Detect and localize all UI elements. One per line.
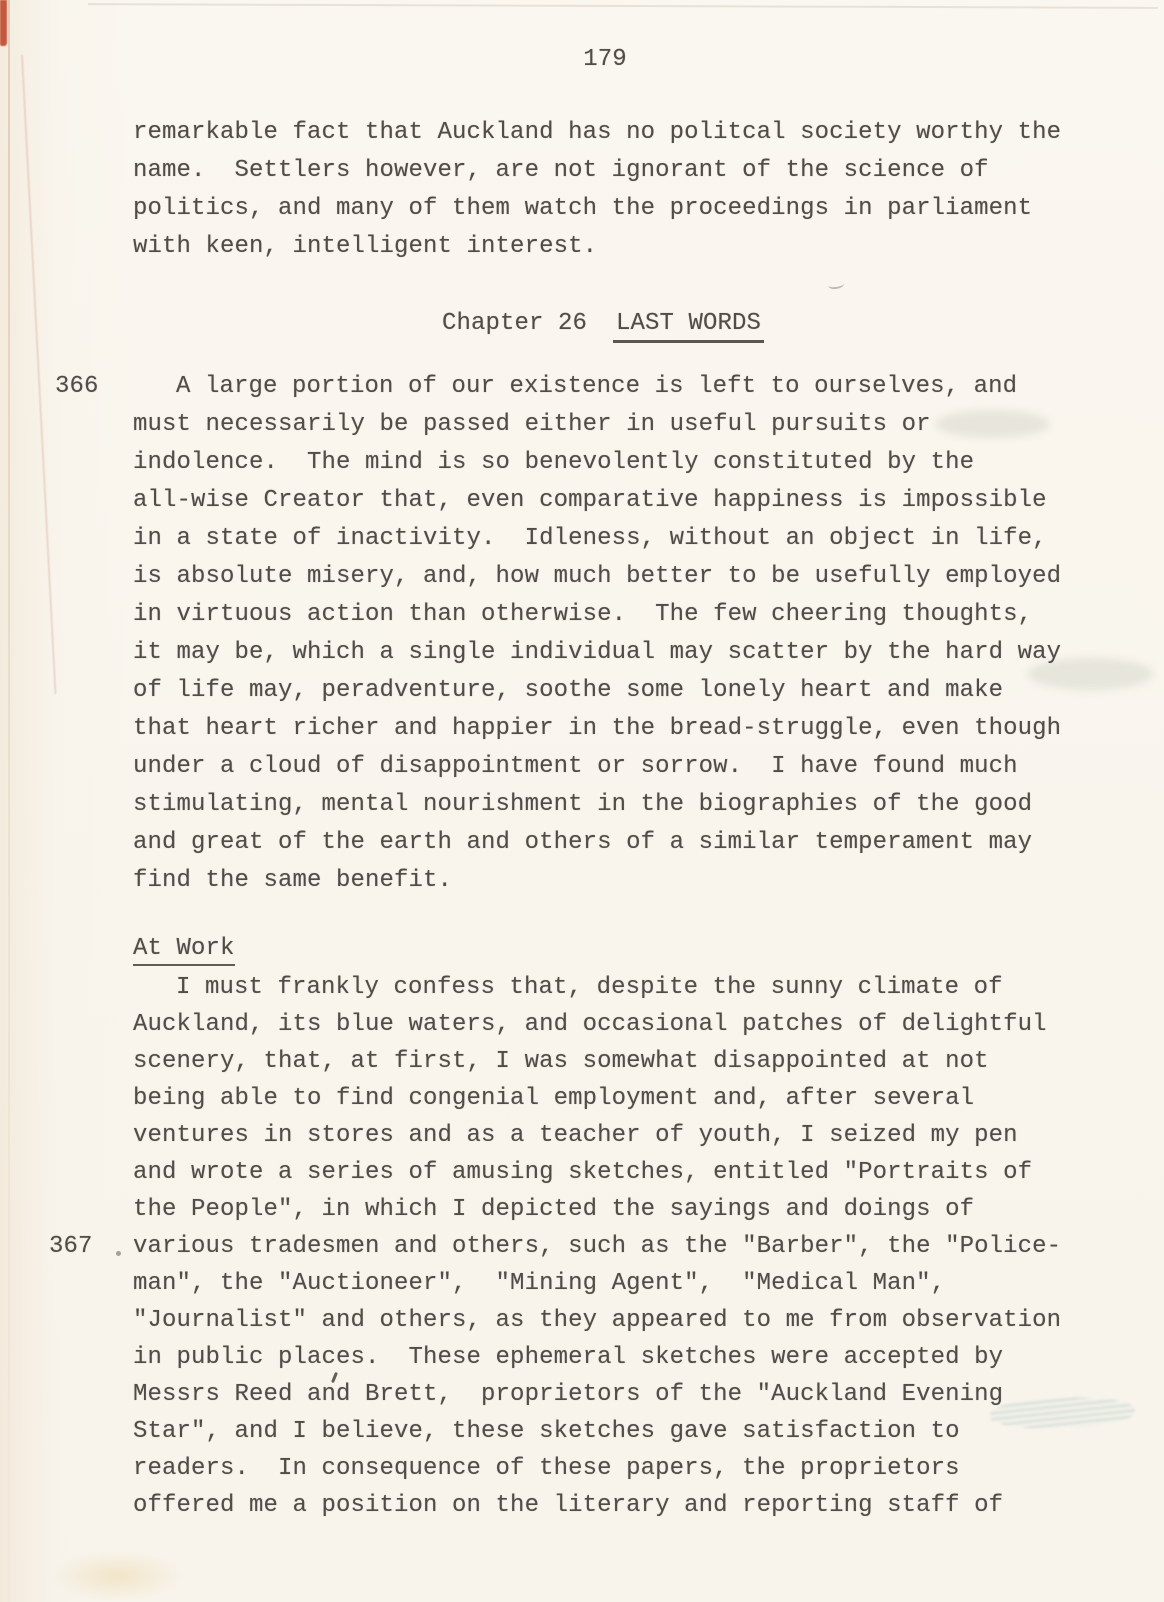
intro-paragraph: remarkable fact that Auckland has no pol…	[133, 114, 1093, 266]
scan-artifact-top-line	[88, 3, 1158, 9]
text-line: ventures in stores and as a teacher of y…	[133, 1117, 1113, 1154]
text-line: and great of the earth and others of a s…	[133, 824, 1113, 862]
text-line: Messrs Reed and Brett, proprietors of th…	[133, 1376, 1113, 1413]
page-edge-line	[8, 0, 10, 1602]
text-line: stimulating, mental nourishment in the b…	[133, 786, 1113, 824]
chapter-title: LAST WORDS	[613, 310, 764, 343]
text-line: the People", in which I depicted the say…	[133, 1191, 1113, 1228]
text-line: being able to find congenial employment …	[133, 1080, 1113, 1117]
text-line: scenery, that, at first, I was somewhat …	[133, 1043, 1113, 1080]
text-line: name. Settlers however, are not ignorant…	[133, 152, 1093, 190]
page-edge-shadow	[21, 55, 56, 694]
text-line: "Journalist" and others, as they appeare…	[133, 1302, 1113, 1339]
scan-artifact-smudge	[50, 1550, 185, 1602]
text-line: is absolute misery, and, how much better…	[133, 558, 1113, 596]
scan-artifact-squiggle	[827, 279, 844, 290]
page-edge-red-mark	[0, 0, 7, 46]
text-line: all-wise Creator that, even comparative …	[133, 482, 1113, 520]
paragraph-367: I must frankly confess that, despite the…	[133, 969, 1113, 1524]
text-line: must necessarily be passed either in use…	[133, 406, 1113, 444]
section-heading: At Work	[133, 930, 235, 968]
text-line: find the same benefit.	[133, 862, 1113, 900]
text-line: A large portion of our existence is left…	[133, 368, 1113, 406]
text-line: and wrote a series of amusing sketches, …	[133, 1154, 1113, 1191]
chapter-heading: Chapter 26LAST WORDS	[133, 305, 1113, 343]
chapter-number-label: Chapter 26	[442, 310, 587, 337]
text-line: that heart richer and happier in the bre…	[133, 710, 1113, 748]
text-line: remarkable fact that Auckland has no pol…	[133, 114, 1093, 152]
text-line: indolence. The mind is so benevolently c…	[133, 444, 1113, 482]
text-line: offered me a position on the literary an…	[133, 1487, 1113, 1524]
text-line: in virtuous action than otherwise. The f…	[133, 596, 1113, 634]
text-line: readers. In consequence of these papers,…	[133, 1450, 1113, 1487]
text-line: in public places. These ephemeral sketch…	[133, 1339, 1113, 1376]
section-heading-label: At Work	[133, 935, 235, 966]
text-line: various tradesmen and others, such as th…	[133, 1228, 1113, 1265]
text-line: under a cloud of disappointment or sorro…	[133, 748, 1113, 786]
text-line: Star", and I believe, these sketches gav…	[133, 1413, 1113, 1450]
paragraph-366: A large portion of our existence is left…	[133, 368, 1113, 900]
paragraph-number-366: 366	[55, 368, 125, 406]
text-line: Auckland, its blue waters, and occasiona…	[133, 1006, 1113, 1043]
text-line: with keen, intelligent interest.	[133, 228, 1093, 266]
text-line: politics, and many of them watch the pro…	[133, 190, 1093, 228]
page-number: 179	[0, 46, 1164, 73]
text-line: in a state of inactivity. Idleness, with…	[133, 520, 1113, 558]
paragraph-number-367: 367	[49, 1228, 119, 1266]
text-line: man", the "Auctioneer", "Mining Agent", …	[133, 1265, 1113, 1302]
text-line: it may be, which a single individual may…	[133, 634, 1113, 672]
text-line: of life may, peradventure, soothe some l…	[133, 672, 1113, 710]
text-line: I must frankly confess that, despite the…	[133, 969, 1113, 1006]
scanned-page: 179 remarkable fact that Auckland has no…	[0, 0, 1164, 1602]
